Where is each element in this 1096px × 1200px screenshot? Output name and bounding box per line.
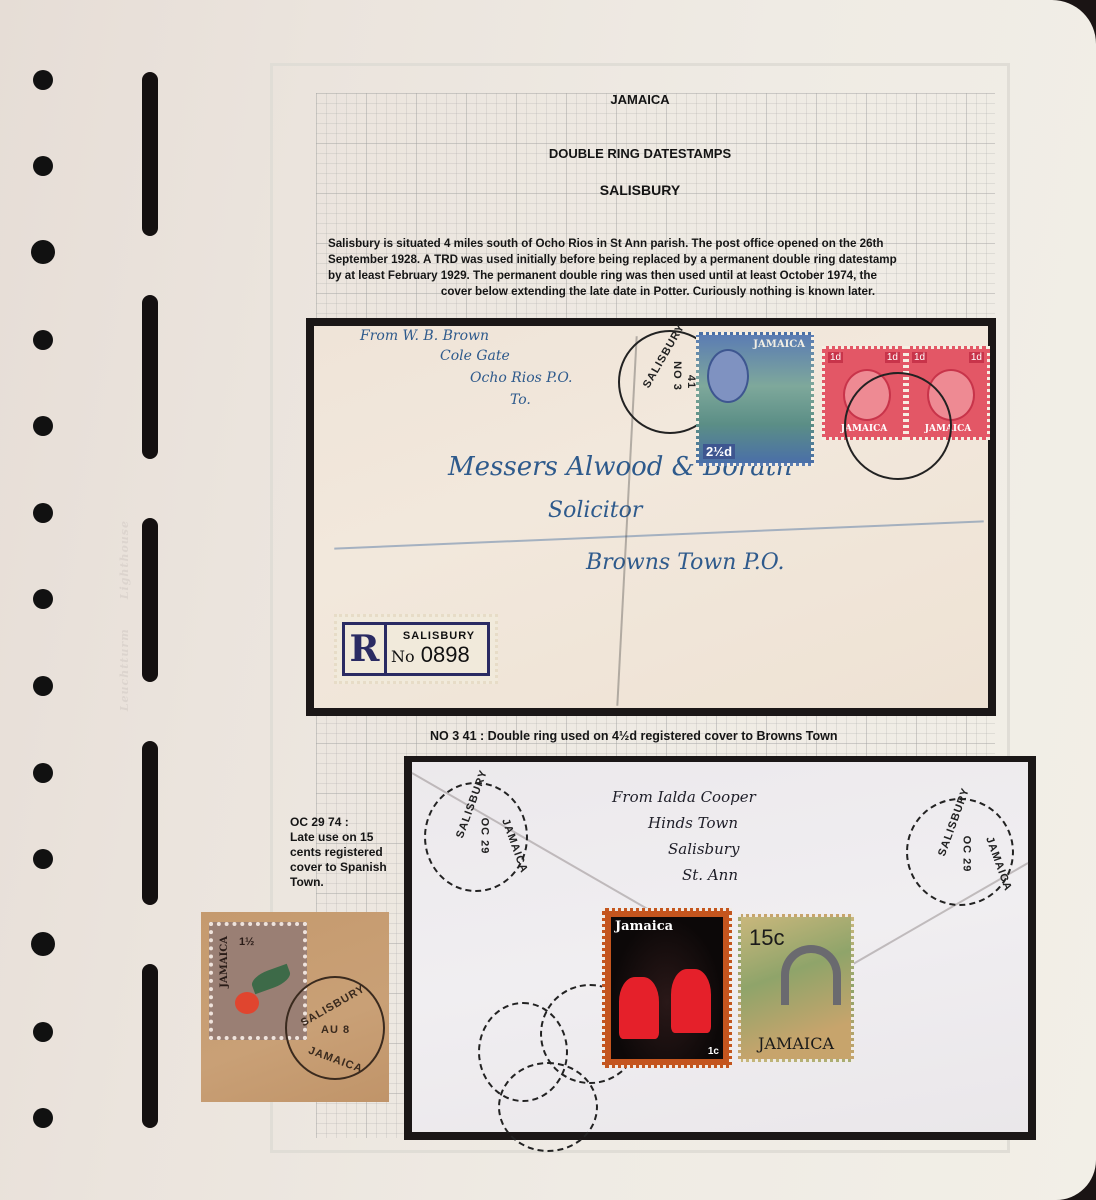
cancel-town: SALISBURY bbox=[299, 983, 367, 1029]
binder-hole bbox=[33, 763, 53, 783]
intro-line: September 1928. A TRD was used initially… bbox=[328, 252, 988, 268]
binder-hole bbox=[33, 70, 53, 90]
envelope-back: From Ialda Cooper Hinds Town Salisbury S… bbox=[412, 762, 1028, 1132]
intro-line: by at least February 1929. The permanent… bbox=[328, 268, 988, 284]
stamp-value: 1c bbox=[708, 1046, 719, 1057]
cancel-date: OC 29 bbox=[478, 818, 490, 855]
leaf-icon bbox=[249, 964, 293, 995]
binder-slot bbox=[142, 295, 158, 459]
datestamp-cancel: SALISBURY OC 29 JAMAICA bbox=[424, 782, 528, 892]
cancel-date: NO 3 bbox=[671, 361, 683, 391]
datestamp-cancel bbox=[498, 1062, 598, 1152]
dancer-figure bbox=[671, 969, 711, 1033]
binder-hole bbox=[31, 240, 55, 264]
caption-line: OC 29 74 : bbox=[290, 815, 402, 830]
binder-hole bbox=[33, 156, 53, 176]
stamp-bridge: 15c JAMAICA bbox=[738, 914, 854, 1062]
caption-line: cover to Spanish bbox=[290, 860, 402, 875]
stamp-value: 1d bbox=[969, 352, 984, 363]
stamp-value: 1d bbox=[828, 352, 843, 363]
cancel-date: OC 29 bbox=[960, 836, 972, 873]
stamp-dance-theatre: Jamaica 1c bbox=[602, 908, 732, 1068]
registration-number: 0898 bbox=[421, 642, 470, 667]
sender-line: Salisbury bbox=[668, 840, 739, 858]
watermark-text: Leuchtturm bbox=[118, 628, 131, 711]
watermark-text: Lighthouse bbox=[118, 520, 131, 599]
datestamp-cancel: SALISBURY AU 8 JAMAICA bbox=[285, 976, 385, 1080]
binder-hole bbox=[33, 1022, 53, 1042]
intro-text: Salisbury is situated 4 miles south of O… bbox=[328, 236, 988, 300]
ackee-fruit-icon bbox=[235, 992, 259, 1014]
registration-r-icon: R bbox=[345, 625, 387, 673]
sender-line: From W. B. Brown bbox=[360, 328, 489, 344]
sender-line: To. bbox=[510, 392, 531, 408]
stamp-value: 15c bbox=[749, 925, 784, 951]
cancel-country: JAMAICA bbox=[499, 817, 530, 875]
binder-hole bbox=[33, 676, 53, 696]
binder-slot bbox=[142, 72, 158, 236]
registration-label: R SALISBURY No 0898 bbox=[334, 614, 498, 684]
address-line: Browns Town P.O. bbox=[586, 550, 785, 575]
binder-hole bbox=[33, 1108, 53, 1128]
binder-hole bbox=[31, 932, 55, 956]
stamp-value: 2½d bbox=[703, 444, 735, 459]
office-heading: SALISBURY bbox=[270, 182, 1010, 198]
registration-no-label: No bbox=[391, 647, 415, 666]
datestamp-cancel bbox=[844, 372, 952, 480]
sender-line: Hinds Town bbox=[648, 814, 738, 832]
intro-line: cover below extending the late date in P… bbox=[328, 284, 988, 300]
stamp-country: JAMAICA bbox=[741, 1034, 851, 1053]
binder-hole bbox=[33, 589, 53, 609]
binder-hole bbox=[33, 416, 53, 436]
sender-line: From Ialda Cooper bbox=[612, 788, 756, 806]
stamp-value: 1½ bbox=[239, 936, 254, 948]
pencil-line bbox=[334, 520, 984, 549]
sender-line: Cole Gate bbox=[440, 348, 510, 364]
binder-hole bbox=[33, 503, 53, 523]
brand-watermark: Leuchtturm Lighthouse bbox=[118, 520, 131, 711]
album-page: Leuchtturm Lighthouse JAMAICA DOUBLE RIN… bbox=[0, 0, 1096, 1200]
binder-slot bbox=[142, 518, 158, 682]
caption-line: Late use on 15 bbox=[290, 830, 402, 845]
stamp-country: Jamaica bbox=[615, 919, 673, 934]
page-subtitle: DOUBLE RING DATESTAMPS bbox=[270, 146, 1010, 161]
cover-1974-caption: OC 29 74 : Late use on 15 cents register… bbox=[290, 815, 402, 890]
sender-line: Ocho Rios P.O. bbox=[470, 370, 572, 386]
cover-1974: From Ialda Cooper Hinds Town Salisbury S… bbox=[404, 756, 1036, 1140]
caption-line: cents registered bbox=[290, 845, 402, 860]
cover-1941-caption: NO 3 41 : Double ring used on 4½d regist… bbox=[430, 729, 837, 743]
king-portrait-icon bbox=[707, 349, 749, 403]
stamp-country: JAMAICA bbox=[753, 339, 805, 350]
bridge-arch-icon bbox=[781, 945, 841, 1005]
stamp-country: JAMAICA bbox=[219, 936, 230, 988]
dancer-figure bbox=[619, 977, 659, 1039]
cancel-date: AU 8 bbox=[321, 1024, 350, 1036]
registration-office: SALISBURY bbox=[391, 630, 487, 642]
caption-line: Town. bbox=[290, 875, 402, 890]
intro-line: Salisbury is situated 4 miles south of O… bbox=[328, 236, 988, 252]
binder-hole bbox=[33, 330, 53, 350]
stamp-value: 1d bbox=[912, 352, 927, 363]
binder-slot bbox=[142, 964, 158, 1128]
stamp-on-piece: JAMAICA 1½ SALISBURY AU 8 JAMAICA bbox=[201, 912, 389, 1102]
binder-hole bbox=[33, 849, 53, 869]
datestamp-cancel: SALISBURY OC 29 JAMAICA bbox=[906, 798, 1014, 906]
sender-line: St. Ann bbox=[682, 866, 738, 884]
stamp-value: 1d bbox=[885, 352, 900, 363]
cancel-country: JAMAICA bbox=[307, 1045, 365, 1076]
stamp-2half-pence: JAMAICA 2½d bbox=[696, 332, 814, 466]
page-title: JAMAICA bbox=[270, 92, 1010, 107]
cancel-country: JAMAICA bbox=[983, 835, 1014, 893]
binder-slot bbox=[142, 741, 158, 905]
